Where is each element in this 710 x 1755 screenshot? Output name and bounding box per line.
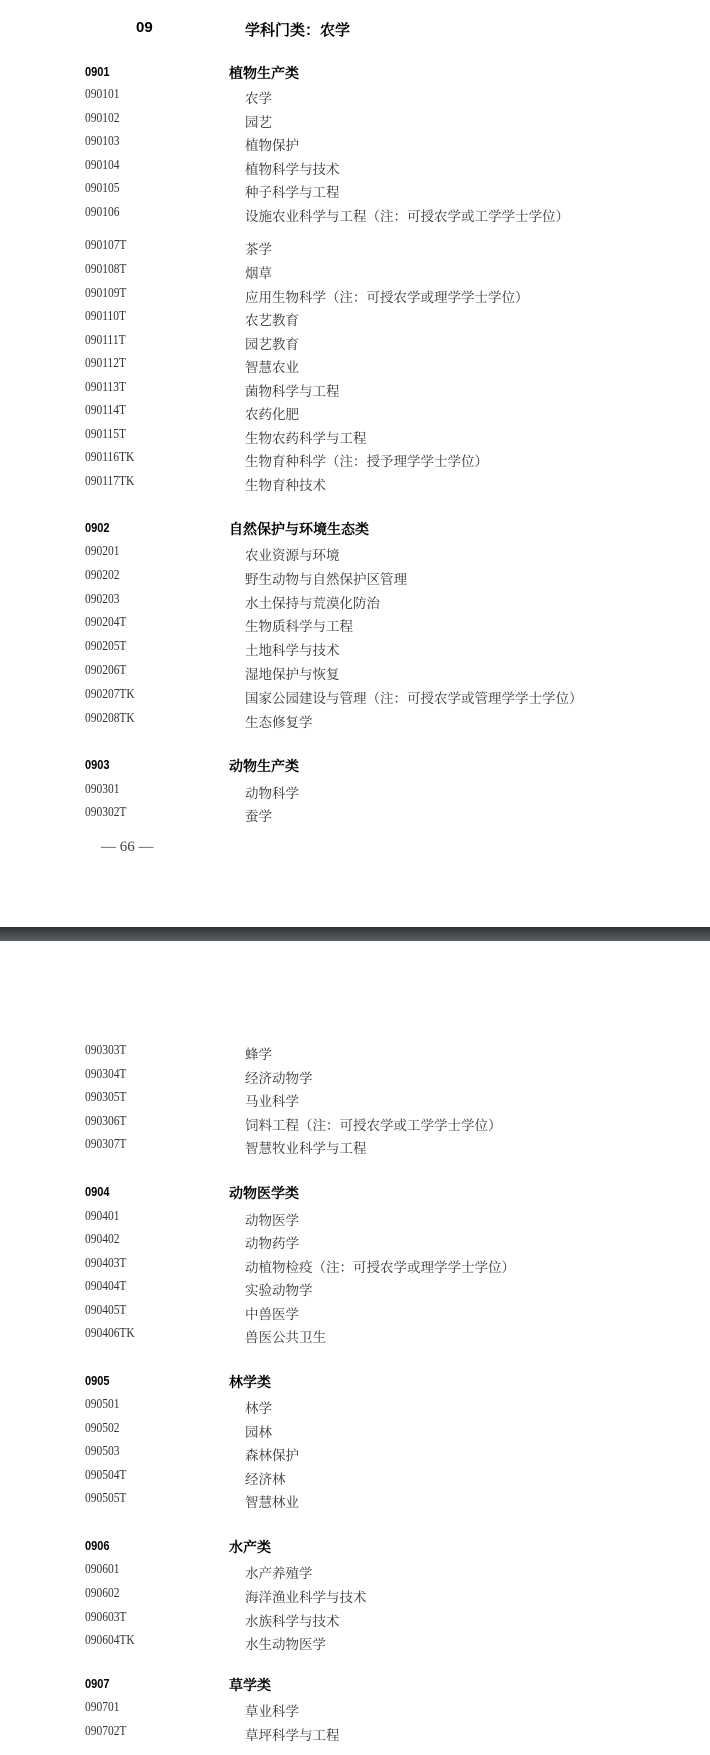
item-code: 090406TK [85, 1325, 135, 1341]
item-code: 090117TK [85, 473, 134, 489]
item-code: 090403T [85, 1255, 126, 1271]
item-code: 090110T [85, 308, 126, 324]
item-code: 090405T [85, 1302, 126, 1318]
category-code: 0906 [85, 1538, 110, 1553]
item-name: 茶学 [245, 238, 272, 258]
item-name: 园艺教育 [245, 333, 299, 353]
item-name: 兽医公共卫生 [245, 1326, 326, 1346]
item-code: 090111T [85, 332, 126, 348]
category-name: 植物生产类 [229, 63, 299, 83]
item-code: 090112T [85, 355, 126, 371]
item-name: 农药化肥 [245, 403, 299, 423]
item-code: 090109T [85, 285, 126, 301]
item-name: 生物育种科学（注：授予理学学士学位） [245, 450, 488, 470]
item-name: 菌物科学与工程 [245, 380, 340, 400]
category-code: 0903 [85, 757, 110, 772]
item-name: 园艺 [245, 111, 272, 131]
item-code: 090303T [85, 1042, 126, 1058]
category-name: 动物生产类 [229, 756, 299, 776]
item-name: 森林保护 [245, 1444, 299, 1464]
item-name: 国家公园建设与管理（注：可授农学或管理学学士学位） [245, 687, 583, 707]
item-code: 090702T [85, 1723, 126, 1739]
item-code: 090114T [85, 402, 126, 418]
document-page-1: 09 学科门类：农学 0901 植物生产类 090101 农学 090102 园… [0, 0, 710, 927]
item-name: 农学 [245, 87, 272, 107]
category-name: 水产类 [229, 1537, 271, 1557]
item-name: 生态修复学 [245, 711, 313, 731]
item-code: 090105 [85, 180, 119, 196]
item-name: 中兽医学 [245, 1303, 299, 1323]
item-code: 090601 [85, 1561, 119, 1577]
item-code: 090301 [85, 781, 119, 797]
item-name: 农业资源与环境 [245, 544, 340, 564]
item-name: 水土保持与荒漠化防治 [245, 592, 380, 612]
item-name: 草坪科学与工程 [245, 1724, 340, 1744]
item-code: 090208TK [85, 710, 135, 726]
item-code: 090101 [85, 86, 119, 102]
category-name: 自然保护与环境生态类 [229, 519, 369, 539]
item-name: 动物药学 [245, 1232, 299, 1252]
item-name: 应用生物科学（注：可授农学或理学学士学位） [245, 286, 529, 306]
item-name: 种子科学与工程 [245, 181, 340, 201]
category-code: 0902 [85, 520, 110, 535]
item-name: 经济动物学 [245, 1067, 313, 1087]
item-code: 090116TK [85, 449, 134, 465]
item-code: 090503 [85, 1443, 119, 1459]
item-code: 090104 [85, 157, 119, 173]
item-code: 090306T [85, 1113, 126, 1129]
item-name: 土地科学与技术 [245, 639, 340, 659]
item-code: 090404T [85, 1278, 126, 1294]
item-name: 蚕学 [245, 805, 272, 825]
category-name: 草学类 [229, 1675, 271, 1695]
item-code: 090107T [85, 237, 126, 253]
item-code: 090603T [85, 1609, 126, 1625]
item-code: 090103 [85, 133, 119, 149]
category-name: 动物医学类 [229, 1183, 299, 1203]
item-name: 蜂学 [245, 1043, 272, 1063]
discipline-code: 09 [136, 19, 153, 36]
item-name: 动植物检疫（注：可授农学或理学学士学位） [245, 1256, 515, 1276]
category-code: 0907 [85, 1676, 110, 1691]
item-name: 设施农业科学与工程（注：可授农学或工学学士学位） [245, 205, 569, 225]
item-code: 090113T [85, 379, 126, 395]
item-code: 090307T [85, 1136, 126, 1152]
item-code: 090115T [85, 426, 126, 442]
item-name: 饲料工程（注：可授农学或工学学士学位） [245, 1114, 502, 1134]
item-name: 水生动物医学 [245, 1633, 326, 1653]
item-code: 090604TK [85, 1632, 135, 1648]
item-name: 生物质科学与工程 [245, 615, 353, 635]
item-name: 动物医学 [245, 1209, 299, 1229]
item-code: 090203 [85, 591, 119, 607]
item-code: 090204T [85, 614, 126, 630]
item-name: 智慧农业 [245, 356, 299, 376]
item-code: 090207TK [85, 686, 135, 702]
item-code: 090305T [85, 1089, 126, 1105]
item-code: 090205T [85, 638, 126, 654]
item-code: 090401 [85, 1208, 119, 1224]
item-name: 草业科学 [245, 1700, 299, 1720]
discipline-title: 学科门类：农学 [245, 19, 350, 40]
category-code: 0901 [85, 64, 110, 79]
category-code: 0904 [85, 1184, 110, 1199]
item-name: 马业科学 [245, 1090, 299, 1110]
item-code: 090602 [85, 1585, 119, 1601]
item-code: 090701 [85, 1699, 119, 1715]
item-code: 090402 [85, 1231, 119, 1247]
item-code: 090202 [85, 567, 119, 583]
item-code: 090102 [85, 110, 119, 126]
item-code: 090502 [85, 1420, 119, 1436]
item-name: 植物保护 [245, 134, 299, 154]
item-code: 090108T [85, 261, 126, 277]
item-name: 生物育种技术 [245, 474, 326, 494]
item-code: 090501 [85, 1396, 119, 1412]
item-name: 动物科学 [245, 782, 299, 802]
item-code: 090302T [85, 804, 126, 820]
item-name: 野生动物与自然保护区管理 [245, 568, 407, 588]
item-name: 农艺教育 [245, 309, 299, 329]
item-name: 湿地保护与恢复 [245, 663, 340, 683]
item-name: 智慧牧业科学与工程 [245, 1137, 367, 1157]
page-separator [0, 927, 710, 941]
item-name: 实验动物学 [245, 1279, 313, 1299]
item-name: 烟草 [245, 262, 272, 282]
item-name: 生物农药科学与工程 [245, 427, 367, 447]
item-name: 林学 [245, 1397, 272, 1417]
item-name: 经济林 [245, 1468, 286, 1488]
item-name: 智慧林业 [245, 1491, 299, 1511]
category-name: 林学类 [229, 1372, 271, 1392]
category-code: 0905 [85, 1373, 110, 1388]
item-code: 090504T [85, 1467, 126, 1483]
document-page-2: 090303T 蜂学 090304T 经济动物学 090305T 马业科学 09… [0, 941, 710, 1755]
item-code: 090206T [85, 662, 126, 678]
item-name: 海洋渔业科学与技术 [245, 1586, 367, 1606]
item-name: 园林 [245, 1421, 272, 1441]
page-number: — 66 — [101, 839, 154, 856]
item-code: 090505T [85, 1490, 126, 1506]
item-code: 090106 [85, 204, 119, 220]
item-name: 植物科学与技术 [245, 158, 340, 178]
item-code: 090201 [85, 543, 119, 559]
item-name: 水产养殖学 [245, 1562, 313, 1582]
item-name: 水族科学与技术 [245, 1610, 340, 1630]
item-code: 090304T [85, 1066, 126, 1082]
